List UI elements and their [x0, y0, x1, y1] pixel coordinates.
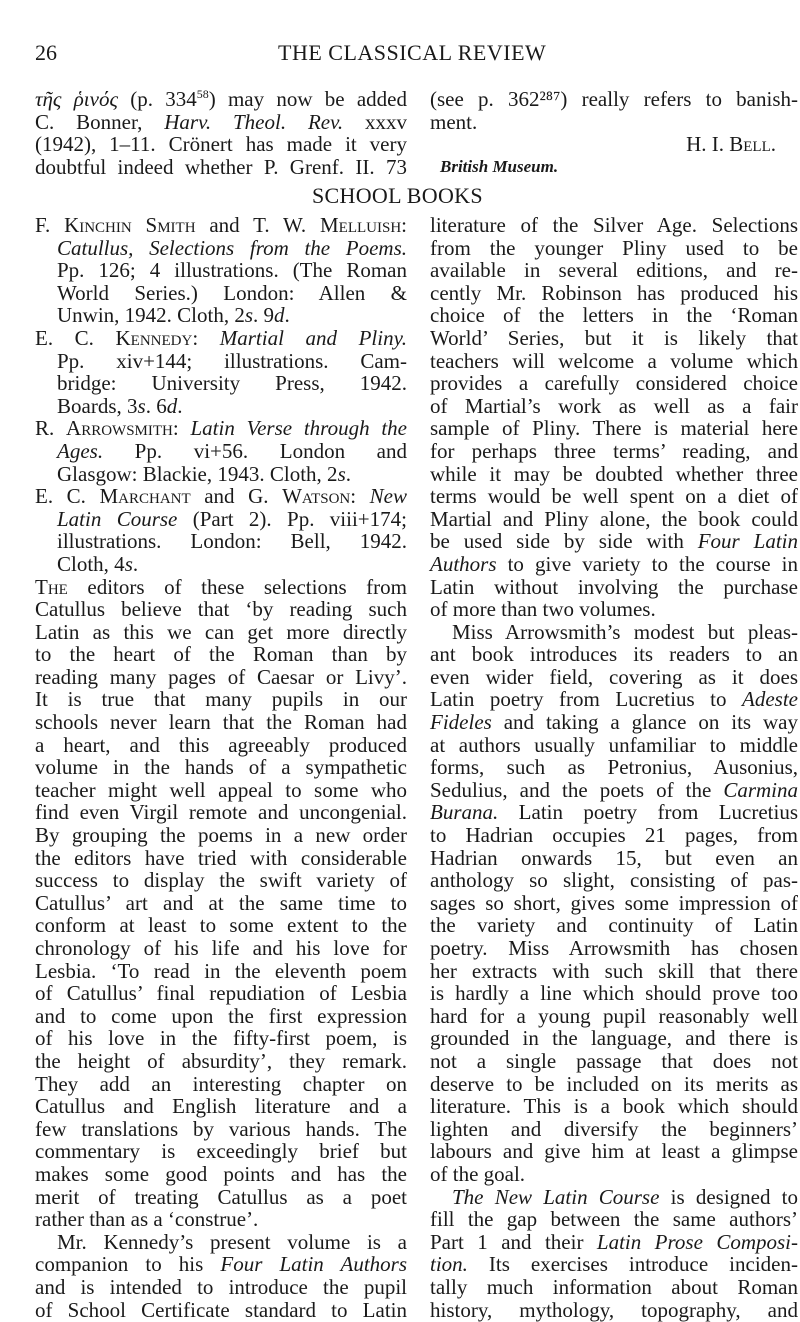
- text-line: They add an interesting chapter on: [35, 1073, 407, 1096]
- text-line: bridge: University Press, 1942.: [35, 372, 407, 395]
- text-line: lighten and diversify the beginners’: [430, 1118, 798, 1141]
- text-line: her extracts with such skill that there: [430, 960, 798, 983]
- text-line: is hardly a line which should prove too: [430, 982, 798, 1005]
- text-line: for perhaps three terms’ reading, and: [430, 440, 798, 463]
- text-line: makes some good points and has the: [35, 1163, 407, 1186]
- text-line: of Martial’s work as well as a fair: [430, 395, 798, 418]
- text-line: a heart, and this agreeably produced: [35, 734, 407, 757]
- text-line: Pp. xiv+144; illustrations. Cam-: [35, 350, 407, 373]
- text-line: World Series.) London: Allen &: [35, 282, 407, 305]
- running-header: 26 THE CLASSICAL REVIEW: [35, 40, 800, 70]
- text-line: teacher might well appeal to some who: [35, 779, 407, 802]
- text-line: grounded in the language, and there is: [430, 1027, 798, 1050]
- text-line: Latin as this we can get more directly: [35, 621, 407, 644]
- text-line: merit of treating Catullus as a poet: [35, 1186, 407, 1209]
- author-affiliation: British Museum.: [430, 156, 798, 179]
- text-line: Latin without involving the purchase: [430, 576, 798, 599]
- text-line: illustrations. London: Bell, 1942.: [35, 530, 407, 553]
- text-line: forms, such as Petronius, Ausonius,: [430, 756, 798, 779]
- text-line: companion to his Four Latin Authors: [35, 1253, 407, 1276]
- text-line: of School Certificate standard to Latin: [35, 1299, 407, 1322]
- text-line: choice of the letters in the ‘Roman: [430, 304, 798, 327]
- text-line: Cloth, 4s.: [35, 553, 407, 576]
- text-line: conform at least to some extent to the: [35, 914, 407, 937]
- text-line: reading many pages of Caesar or Livy’.: [35, 666, 407, 689]
- text-line: while it may be doubted whether three: [430, 463, 798, 486]
- text-line: deserve to be included on its merits as: [430, 1073, 798, 1096]
- text-line: Latin Course (Part 2). Pp. viii+174;: [35, 508, 407, 531]
- review-body-left: The editors of these selections from Cat…: [35, 576, 407, 1322]
- text-line: and to come upon the first expression: [35, 1005, 407, 1028]
- text-line: of his love in the fifty-first poem, is: [35, 1027, 407, 1050]
- text-line: By grouping the poems in a new order: [35, 824, 407, 847]
- text-line: teachers will welcome a volume which: [430, 350, 798, 373]
- text-line: chronology of his life and his love for: [35, 937, 407, 960]
- text-line: Glasgow: Blackie, 1943. Cloth, 2s.: [35, 463, 407, 486]
- text-line: labours and give him at least a glimpse: [430, 1140, 798, 1163]
- book-title: Catullus, Selections from the Poems.: [35, 237, 407, 260]
- text-line: the variety and continuity of Latin: [430, 914, 798, 937]
- bibliography-entry: E. C. Marchant and G. Watson: New Latin …: [35, 485, 407, 575]
- review-body-right: literature of the Silver Age. Selections…: [430, 214, 798, 1321]
- text-line: (1942), 1–11. Crönert has made it very: [35, 133, 407, 156]
- text-line: of more than two volumes.: [430, 598, 798, 621]
- text-line: It is true that many pupils in our: [35, 688, 407, 711]
- text-line: even wider field, covering as it does: [430, 666, 798, 689]
- text-line: be used side by side with Four Latin: [430, 530, 798, 553]
- text-line: Hadrian onwards 15, but even an: [430, 847, 798, 870]
- text-line: available in several editions, and re-: [430, 259, 798, 282]
- text-line: at authors usually unfamiliar to middle: [430, 734, 798, 757]
- text-line: E. C. Kennedy: Martial and Pliny.: [35, 327, 407, 350]
- text-line: from the younger Pliny used to be: [430, 237, 798, 260]
- text-line: tion. Its exercises introduce inciden-: [430, 1253, 798, 1276]
- text-line: rather than as a ‘construe’.: [35, 1208, 407, 1231]
- left-column: F. Kinchin Smith and T. W. Melluish: Cat…: [35, 214, 407, 1321]
- text-line: schools never learn that the Roman had: [35, 711, 407, 734]
- text-line: of the goal.: [430, 1163, 798, 1186]
- text-line: history, mythology, topography, and: [430, 1299, 798, 1322]
- text-line: Burana. Latin poetry from Lucretius: [430, 801, 798, 824]
- journal-title: THE CLASSICAL REVIEW: [278, 40, 546, 66]
- previous-article-continuation-right: (see p. 362²⁸⁷) really refers to banish-…: [430, 88, 798, 178]
- text-line: success to display the swift variety of: [35, 869, 407, 892]
- previous-article-continuation-left: τῆς ῥινός (p. 33458) may now be added C.…: [35, 88, 407, 178]
- author-signature: H. I. Bell.: [430, 133, 798, 156]
- text-line: to Hadrian occupies 21 pages, from: [430, 824, 798, 847]
- text-line: (see p. 362²⁸⁷) really refers to banish-: [430, 88, 798, 111]
- text-line: Authors to give variety to the course in: [430, 553, 798, 576]
- text-line: Martial and Pliny alone, the book could: [430, 508, 798, 531]
- text-line: ant book introduces its readers to an: [430, 643, 798, 666]
- bibliography-entry: F. Kinchin Smith and T. W. Melluish: Cat…: [35, 214, 407, 327]
- page-number: 26: [35, 40, 57, 66]
- text-line: Pp. 126; 4 illustrations. (The Roman: [35, 259, 407, 282]
- text-line: τῆς ῥινός (p. 33458) may now be added: [35, 88, 407, 111]
- text-line: the height of absurdity’, they remark.: [35, 1050, 407, 1073]
- text-line: provides a carefully considered choice: [430, 372, 798, 395]
- text-line: Lesbia. ‘To read in the eleventh poem: [35, 960, 407, 983]
- text-line: R. Arrowsmith: Latin Verse through the: [35, 417, 407, 440]
- text-line: Sedulius, and the poets of the Carmina: [430, 779, 798, 802]
- text-line: Mr. Kennedy’s present volume is a: [35, 1231, 407, 1254]
- text-line: The editors of these selections from: [35, 576, 407, 599]
- text-line: hard for a young pupil reasonably well: [430, 1005, 798, 1028]
- section-heading: SCHOOL BOOKS: [312, 183, 483, 209]
- text-line: and is intended to introduce the pupil: [35, 1276, 407, 1299]
- text-line: Boards, 3s. 6d.: [35, 395, 407, 418]
- text-line: Catullus and English literature and a: [35, 1095, 407, 1118]
- text-line: find even Virgil remote and uncongenial.: [35, 801, 407, 824]
- text-line: C. Bonner, Harv. Theol. Rev. xxxv: [35, 111, 407, 134]
- text-line: literature. This is a book which should: [430, 1095, 798, 1118]
- text-line: cently Mr. Robinson has produced his: [430, 282, 798, 305]
- text-line: The New Latin Course is designed to: [430, 1186, 798, 1209]
- text-line: doubtful indeed whether P. Grenf. II. 73: [35, 156, 407, 179]
- text-line: sample of Pliny. There is material here: [430, 417, 798, 440]
- bibliography-entry: E. C. Kennedy: Martial and Pliny. Pp. xi…: [35, 327, 407, 417]
- bibliography-entry: R. Arrowsmith: Latin Verse through the A…: [35, 417, 407, 485]
- text-line: Latin poetry from Lucretius to Adeste: [430, 688, 798, 711]
- text-line: poetry. Miss Arrowsmith has chosen: [430, 937, 798, 960]
- text-line: commentary is exceedingly brief but: [35, 1140, 407, 1163]
- text-line: not a single passage that does not: [430, 1050, 798, 1073]
- text-line: ment.: [430, 111, 798, 134]
- text-line: anthology so slight, consisting of pas-: [430, 869, 798, 892]
- text-line: few translations by various hands. The: [35, 1118, 407, 1141]
- text-line: Part 1 and their Latin Prose Composi-: [430, 1231, 798, 1254]
- text-line: literature of the Silver Age. Selections: [430, 214, 798, 237]
- text-line: tally much information about Roman: [430, 1276, 798, 1299]
- text-line: sages so short, gives some impression of: [430, 892, 798, 915]
- text-line: Unwin, 1942. Cloth, 2s. 9d.: [35, 304, 407, 327]
- text-line: volume in the hands of a sympathetic: [35, 756, 407, 779]
- text-line: Catullus’ art and at the same time to: [35, 892, 407, 915]
- text-line: to the heart of the Roman than by: [35, 643, 407, 666]
- text-line: of Catullus’ final repudiation of Lesbia: [35, 982, 407, 1005]
- text-line: Ages. Pp. vi+56. London and: [35, 440, 407, 463]
- text-line: Catullus believe that ‘by reading such: [35, 598, 407, 621]
- text-line: World’ Series, but it is likely that: [430, 327, 798, 350]
- text-line: terms would be well spent on a diet of: [430, 485, 798, 508]
- text-line: E. C. Marchant and G. Watson: New: [35, 485, 407, 508]
- text-line: F. Kinchin Smith and T. W. Melluish:: [35, 214, 407, 237]
- text-line: fill the gap between the same authors’: [430, 1208, 798, 1231]
- text-line: Miss Arrowsmith’s modest but pleas-: [430, 621, 798, 644]
- text-line: the editors have tried with considerable: [35, 847, 407, 870]
- text-line: Fideles and taking a glance on its way: [430, 711, 798, 734]
